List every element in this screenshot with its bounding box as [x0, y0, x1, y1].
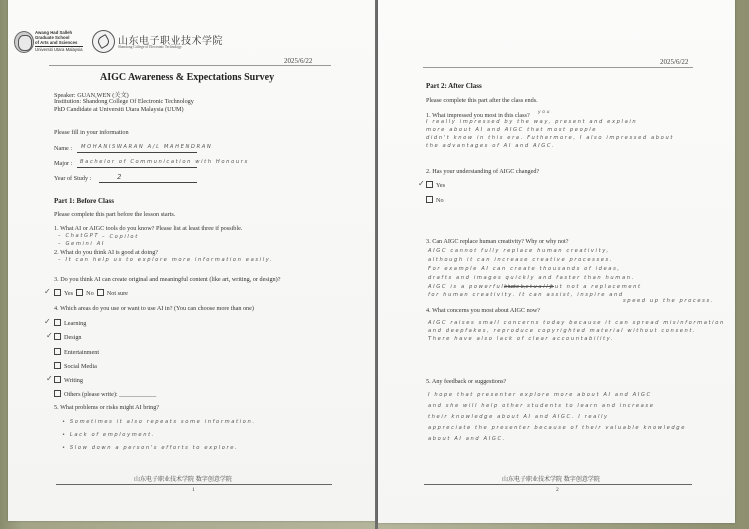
candidate: PhD Candidate at Universiti Utara Malays… [54, 106, 184, 113]
q1-label: 1. What impressed you most in this class… [426, 112, 530, 119]
footer-divider [56, 484, 332, 485]
date: 2025/6/22 [284, 57, 312, 65]
year-field[interactable]: 2 [117, 173, 123, 181]
q3-option-no[interactable]: No [76, 290, 94, 297]
uum-logo-text: Awang Had Salleh Graduate School of Arts… [35, 30, 83, 52]
checkbox-icon[interactable] [54, 333, 61, 340]
q2-option-no[interactable]: No [426, 197, 444, 204]
checkmark-icon: ✓ [418, 179, 425, 188]
q4-label: 4. Which areas do you use or want to use… [54, 305, 254, 312]
header-divider [49, 65, 331, 66]
q1-answer-line-4[interactable]: the advantages of AI and AIGC. [426, 143, 555, 149]
q5-answer-line-1[interactable]: I hope that presenter explore more about… [428, 392, 652, 398]
institution: Institution: Shandong College Of Electro… [54, 98, 194, 105]
part2-instructions: Please complete this part after the clas… [426, 97, 538, 104]
checkbox-icon[interactable] [54, 390, 61, 397]
survey-page-2: 2025/6/22 Part 2: After Class Please com… [378, 0, 735, 523]
checkbox-icon[interactable] [426, 196, 433, 203]
q5-answer-1[interactable]: • Sometimes it also repeats some informa… [62, 419, 256, 425]
year-label: Year of Study : [54, 175, 91, 182]
checkbox-icon[interactable] [54, 362, 61, 369]
part1-instructions: Please complete this part before the les… [54, 211, 175, 218]
q1-insert[interactable]: you [538, 110, 551, 115]
page-number: 2 [556, 487, 559, 493]
q1-answer-line-1[interactable]: I really impressed by the way, present a… [426, 119, 637, 125]
q5-label: 5. What problems or risks might AI bring… [54, 404, 159, 411]
q2-label: 2. Has your understanding of AIGC change… [426, 168, 539, 175]
checkbox-icon[interactable] [97, 289, 104, 296]
checkmark-icon: ✓ [44, 317, 51, 326]
q3-answer-line-6[interactable]: for human creativity. It can assist, ins… [428, 292, 624, 298]
q1-answer-2[interactable]: – Copilot [102, 234, 139, 240]
checkbox-icon[interactable] [426, 181, 433, 188]
footer-divider [424, 484, 692, 485]
major-line [77, 167, 197, 168]
q3-struck-text: but actually [504, 284, 554, 290]
q3-answer-line-3[interactable]: For example AI can create thousands of i… [428, 266, 621, 272]
name-line [77, 152, 197, 153]
q5-answer-line-3[interactable]: their knowledge about AI and AIGC. I rea… [428, 414, 609, 420]
q4-option-entertainment[interactable]: Entertainment [54, 349, 99, 356]
q4-option-social-media[interactable]: Social Media [54, 363, 97, 370]
survey-page-1: Awang Had Salleh Graduate School of Arts… [8, 0, 376, 521]
q4-option-others[interactable]: Others (please write): ____________ [54, 391, 156, 398]
q5-answer-3[interactable]: • Slow down a person's efforts to explor… [62, 445, 238, 451]
q3-option-not-sure[interactable]: Not sure [97, 290, 128, 297]
major-label: Major : [54, 160, 72, 167]
page-footer: 山东电子职业技术学院 数字创意学院 [134, 474, 232, 483]
q3-answer-line-5b[interactable]: but not a replacement [550, 284, 642, 290]
checkbox-icon[interactable] [54, 319, 61, 326]
checkbox-icon[interactable] [54, 376, 61, 383]
q4-answer-line-3[interactable]: There have also lack of clear accountabi… [428, 336, 614, 342]
q4-option-learning[interactable]: Learning [54, 320, 86, 327]
date: 2025/6/22 [660, 58, 688, 66]
year-line [99, 182, 197, 183]
q3-answer-line-2[interactable]: although it can increase creative proces… [428, 257, 613, 263]
q4-option-writing[interactable]: Writing [54, 377, 83, 384]
checkbox-icon[interactable] [54, 289, 61, 296]
q2-answer[interactable]: – It can help us to explore more informa… [58, 257, 273, 263]
survey-title: AIGC Awareness & Expectations Survey [100, 72, 274, 83]
q4-answer-line-2[interactable]: and deepfakes, reproduce copyrighted mat… [428, 328, 696, 334]
q1-label: 1. What AI or AIGC tools do you know? Pl… [54, 225, 242, 232]
q4-answer-line-1[interactable]: AIGC raises small concerns today because… [428, 320, 725, 326]
checkmark-icon: ✓ [46, 374, 53, 383]
checkbox-icon[interactable] [76, 289, 83, 296]
q2-option-yes[interactable]: Yes [426, 182, 445, 189]
q5-answer-line-2[interactable]: and she will help other students to lear… [428, 403, 655, 409]
q4-label: 4. What concerns you most about AIGC now… [426, 307, 540, 314]
q5-label: 5. Any feedback or suggestions? [426, 378, 506, 385]
page-number: 1 [192, 487, 195, 493]
part2-title: Part 2: After Class [426, 82, 482, 90]
q5-answer-line-5[interactable]: about AI and AIGC. [428, 436, 506, 442]
q4-option-design[interactable]: Design [54, 334, 82, 341]
q3-options: Yes No Not sure [54, 290, 128, 297]
q1-answer-3[interactable]: – Gemini AI [58, 241, 105, 247]
q5-answer-2[interactable]: • Lack of employment. [62, 432, 155, 438]
fill-info-label: Please fill in your information [54, 129, 129, 136]
q3-option-yes[interactable]: Yes [54, 290, 73, 297]
q3-label: 3. Do you think AI can create original a… [54, 276, 280, 283]
shandong-college-logo-icon [92, 30, 115, 53]
college-name-en: Shandong College of Electronic Technolog… [118, 45, 182, 49]
q1-answer-line-2[interactable]: more about AI and AIGC that most people [426, 127, 597, 133]
checkbox-icon[interactable] [54, 348, 61, 355]
checkmark-icon: ✓ [46, 331, 53, 340]
q1-answer-line-3[interactable]: didn't know in this era. Futhermore, I a… [426, 135, 674, 141]
q3-answer-line-4[interactable]: drafts and images quickly and faster tha… [428, 275, 635, 281]
q3-answer-line-1[interactable]: AIGC cannot fully replace human creativi… [428, 248, 610, 254]
name-field[interactable]: MOHANISWARAN A/L MAHENDRAN [81, 144, 212, 150]
header-divider [423, 67, 693, 68]
uum-logo-icon [14, 31, 34, 53]
q3-answer-line-7[interactable]: speed up the process. [623, 298, 714, 304]
major-field[interactable]: Bachelor of Communication with Honours [80, 159, 249, 165]
q3-label: 3. Can AIGC replace human creativity? Wh… [426, 238, 569, 245]
q2-label: 2. What do you think AI is good at doing… [54, 249, 158, 256]
name-label: Name : [54, 145, 72, 152]
q5-answer-line-4[interactable]: appreciate the presenter because of thei… [428, 425, 686, 431]
part1-title: Part 1: Before Class [54, 197, 114, 205]
q1-answer-1[interactable]: – ChatGPT [58, 233, 99, 239]
page-footer: 山东电子职业技术学院 数字创意学院 [502, 474, 600, 483]
checkmark-icon: ✓ [44, 287, 51, 296]
